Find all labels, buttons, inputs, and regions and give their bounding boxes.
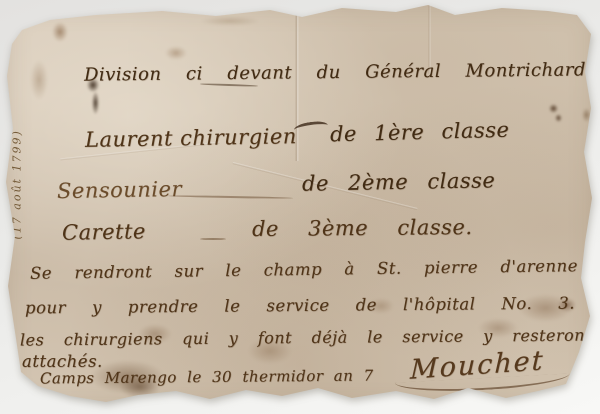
roster-name: Laurent chirurgien [85,124,297,152]
signature: Mouchet [410,345,545,386]
pen-flourish [168,195,293,199]
ink-blot [549,104,558,113]
ink-stain [52,22,68,42]
roster-name: Sensounier [57,177,182,203]
body-line: pour y prendre le service de l'hôpital N… [25,294,575,318]
body-line: Se rendront sur le champ à St. pierre d'… [30,256,578,283]
smudge-stain [200,16,260,26]
ink-stain [582,108,591,122]
body-line: les chirurgiens qui y font déjà le servi… [20,326,592,350]
heading-line: Division ci devant du Général Montrichar… [84,59,586,85]
dateline: Camps Marengo le 30 thermidor an 7 [40,367,374,388]
ink-blot [92,92,99,114]
roster-grade: de 2ème classe [302,168,496,195]
margin-date-annotation: (17 août 1799) [11,140,24,240]
roster-name: Carette [62,219,146,244]
ink-stain [165,46,187,60]
manuscript-paper: (17 août 1799) Division ci devant du Gén… [0,0,600,414]
ink-stain [30,60,48,100]
photo-backdrop: (17 août 1799) Division ci devant du Gén… [0,0,600,414]
paper-shadow-wrap: (17 août 1799) Division ci devant du Gén… [0,0,600,414]
roster-grade: de 3ème classe. [252,215,473,241]
pen-flourish [200,238,226,240]
pen-flourish [293,120,328,136]
roster-grade: de 1ère classe [330,118,510,147]
ink-blot [555,114,562,122]
